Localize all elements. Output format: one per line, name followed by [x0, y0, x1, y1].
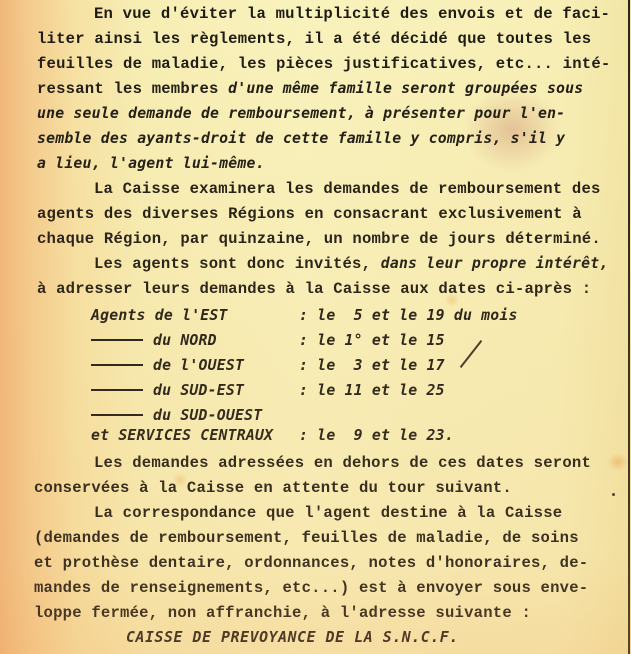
- p3-lead: Les agents sont donc invités,: [94, 255, 381, 273]
- pen-stroke-mark: [460, 340, 483, 368]
- schedule-region: Agents de l'EST: [91, 304, 228, 328]
- scanned-page: En vue d'éviter la multiplicité des envo…: [0, 0, 631, 654]
- p5-line-1: La correspondance que l'agent destine à …: [94, 501, 562, 525]
- ink-speck: [612, 493, 615, 496]
- p1-line-4-roman: ressant les membres: [37, 80, 228, 98]
- p3-lead-italic: dans leur propre intérêt,: [381, 255, 609, 272]
- page-border-line: [628, 0, 630, 654]
- schedule-row-sud-est: du SUD-EST : le 11 et le 25: [91, 379, 146, 403]
- p1-line-5: une seule demande de remboursement, à pr…: [37, 102, 565, 126]
- ditto-dash: [91, 389, 143, 391]
- p1-line-6: semble des ayants-droit de cette famille…: [37, 127, 565, 151]
- schedule-row-nord: du NORD : le 1° et le 15: [91, 329, 146, 353]
- p1-line-2: liter ainsi les règlements, il a été déc…: [37, 27, 591, 51]
- ditto-dash: [91, 364, 143, 366]
- address-heading: CAISSE DE PREVOYANCE DE LA S.N.C.F.: [126, 626, 459, 650]
- p5-line-5: loppe fermée, non affranchie, à l'adress…: [34, 601, 531, 625]
- schedule-dates: : le 5 et le 19 du mois: [299, 304, 518, 328]
- p4-line-2: conservées à la Caisse en attente du tou…: [34, 476, 512, 500]
- schedule-region: et SERVICES CENTRAUX: [91, 424, 273, 448]
- p1-line-7: a lieu, l'agent lui-même.: [37, 152, 265, 176]
- schedule-region: du SUD-OUEST: [153, 407, 262, 424]
- schedule-row-ouest: de l'OUEST : le 3 et le 17: [91, 354, 146, 378]
- p2-line-1: La Caisse examinera les demandes de remb…: [94, 177, 601, 201]
- p5-line-3: et prothèse dentaire, ordonnances, notes…: [34, 551, 588, 575]
- p1-line-4-italic: d'une même famille seront groupées sous: [228, 80, 583, 97]
- schedule-dates: : le 3 et le 17: [299, 354, 445, 378]
- schedule-row-est: Agents de l'EST : le 5 et le 19 du mois: [91, 304, 146, 328]
- p2-line-3: chaque Région, par quinzaine, un nombre …: [37, 227, 601, 251]
- p3-line-1: Les agents sont donc invités, dans leur …: [94, 252, 608, 276]
- ditto-dash: [91, 414, 143, 416]
- p2-line-2: agents des diverses Régions en consacran…: [37, 202, 582, 226]
- p1-line-4: ressant les membres d'une même famille s…: [37, 77, 583, 101]
- p5-line-4: mandes de renseignements, etc...) est à …: [34, 576, 588, 600]
- p1-line-1: En vue d'éviter la multiplicité des envo…: [94, 2, 610, 26]
- p3-line-2: à adresser leurs demandes à la Caisse au…: [37, 277, 591, 301]
- schedule-row-services-centraux: et SERVICES CENTRAUX : le 9 et le 23.: [91, 424, 146, 448]
- schedule-dates: : le 1° et le 15: [299, 329, 445, 353]
- p5-line-2: (demandes de remboursement, feuilles de …: [34, 526, 579, 550]
- ditto-dash: [91, 339, 143, 341]
- schedule-dates: : le 11 et le 25: [299, 379, 445, 403]
- schedule-region: du NORD: [153, 332, 217, 349]
- schedule-region: de l'OUEST: [153, 357, 244, 374]
- p1-line-3: feuilles de maladie, les pièces justific…: [37, 52, 610, 76]
- schedule-dates: : le 9 et le 23.: [299, 424, 454, 448]
- p4-line-1: Les demandes adressées en dehors de ces …: [94, 451, 591, 475]
- schedule-region: du SUD-EST: [153, 382, 244, 399]
